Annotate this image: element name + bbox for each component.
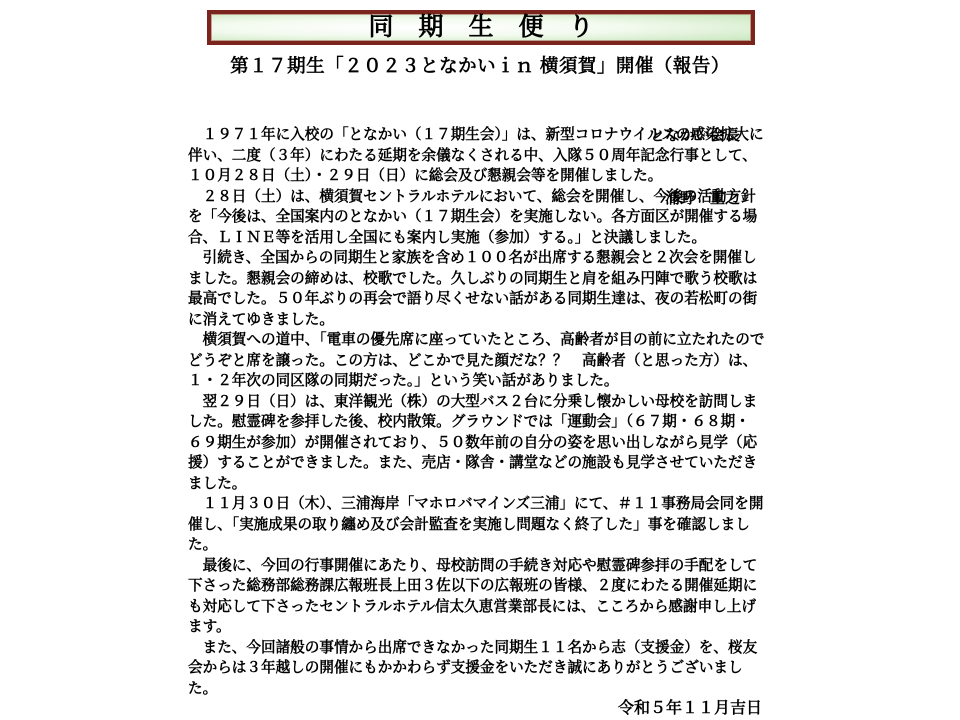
paragraph-6: １１月３０日（木）、三浦海岸「マホロバマインズ三浦」にて、＃１１事務局会同を開 … <box>188 494 788 556</box>
paragraph-2: ２８日（土）は、横須賀セントラルホテルにおいて、総会を開催し、今後の活動方針 を… <box>188 187 788 249</box>
title-banner: 同 期 生 便 り <box>207 10 755 45</box>
event-subtitle: 第１７期生「２０２３となかいｉｎ 横須賀」開催（報告） <box>0 52 960 78</box>
paragraph-5: 翌２９日（日）は、東洋観光（株）の大型バス２台に分乗し懐かしい母校を訪問しま し… <box>188 392 788 495</box>
body-text: １９７１年に入校の「となかい（１７期生会）」は、新型コロナウイルスの感染拡大に … <box>188 125 788 720</box>
paragraph-8: また、今回諸般の事情から出席できなかった同期生１１名から志（支援金）を、桜友 会… <box>188 638 788 700</box>
newsletter-page: 同 期 生 便 り 第１７期生「２０２３となかいｉｎ 横須賀」開催（報告） とな… <box>0 0 960 720</box>
paragraph-4: 横須賀への道中、「電車の優先席に座っていたところ、高齢者が目の前に立たれたので … <box>188 330 788 392</box>
paragraph-7: 最後に、今回の行事開催にあたり、母校訪問の手続き対応や慰霊碑参拝の手配をして 下… <box>188 556 788 638</box>
page-title: 同 期 生 便 り <box>368 15 593 40</box>
date-line: 令和５年１１月吉日 <box>188 699 788 720</box>
paragraph-1: １９７１年に入校の「となかい（１７期生会）」は、新型コロナウイルスの感染拡大に … <box>188 125 788 187</box>
paragraph-3: 引続き、全国からの同期生と家族を含め１００名が出席する懇親会と２次会を開催し ま… <box>188 248 788 330</box>
